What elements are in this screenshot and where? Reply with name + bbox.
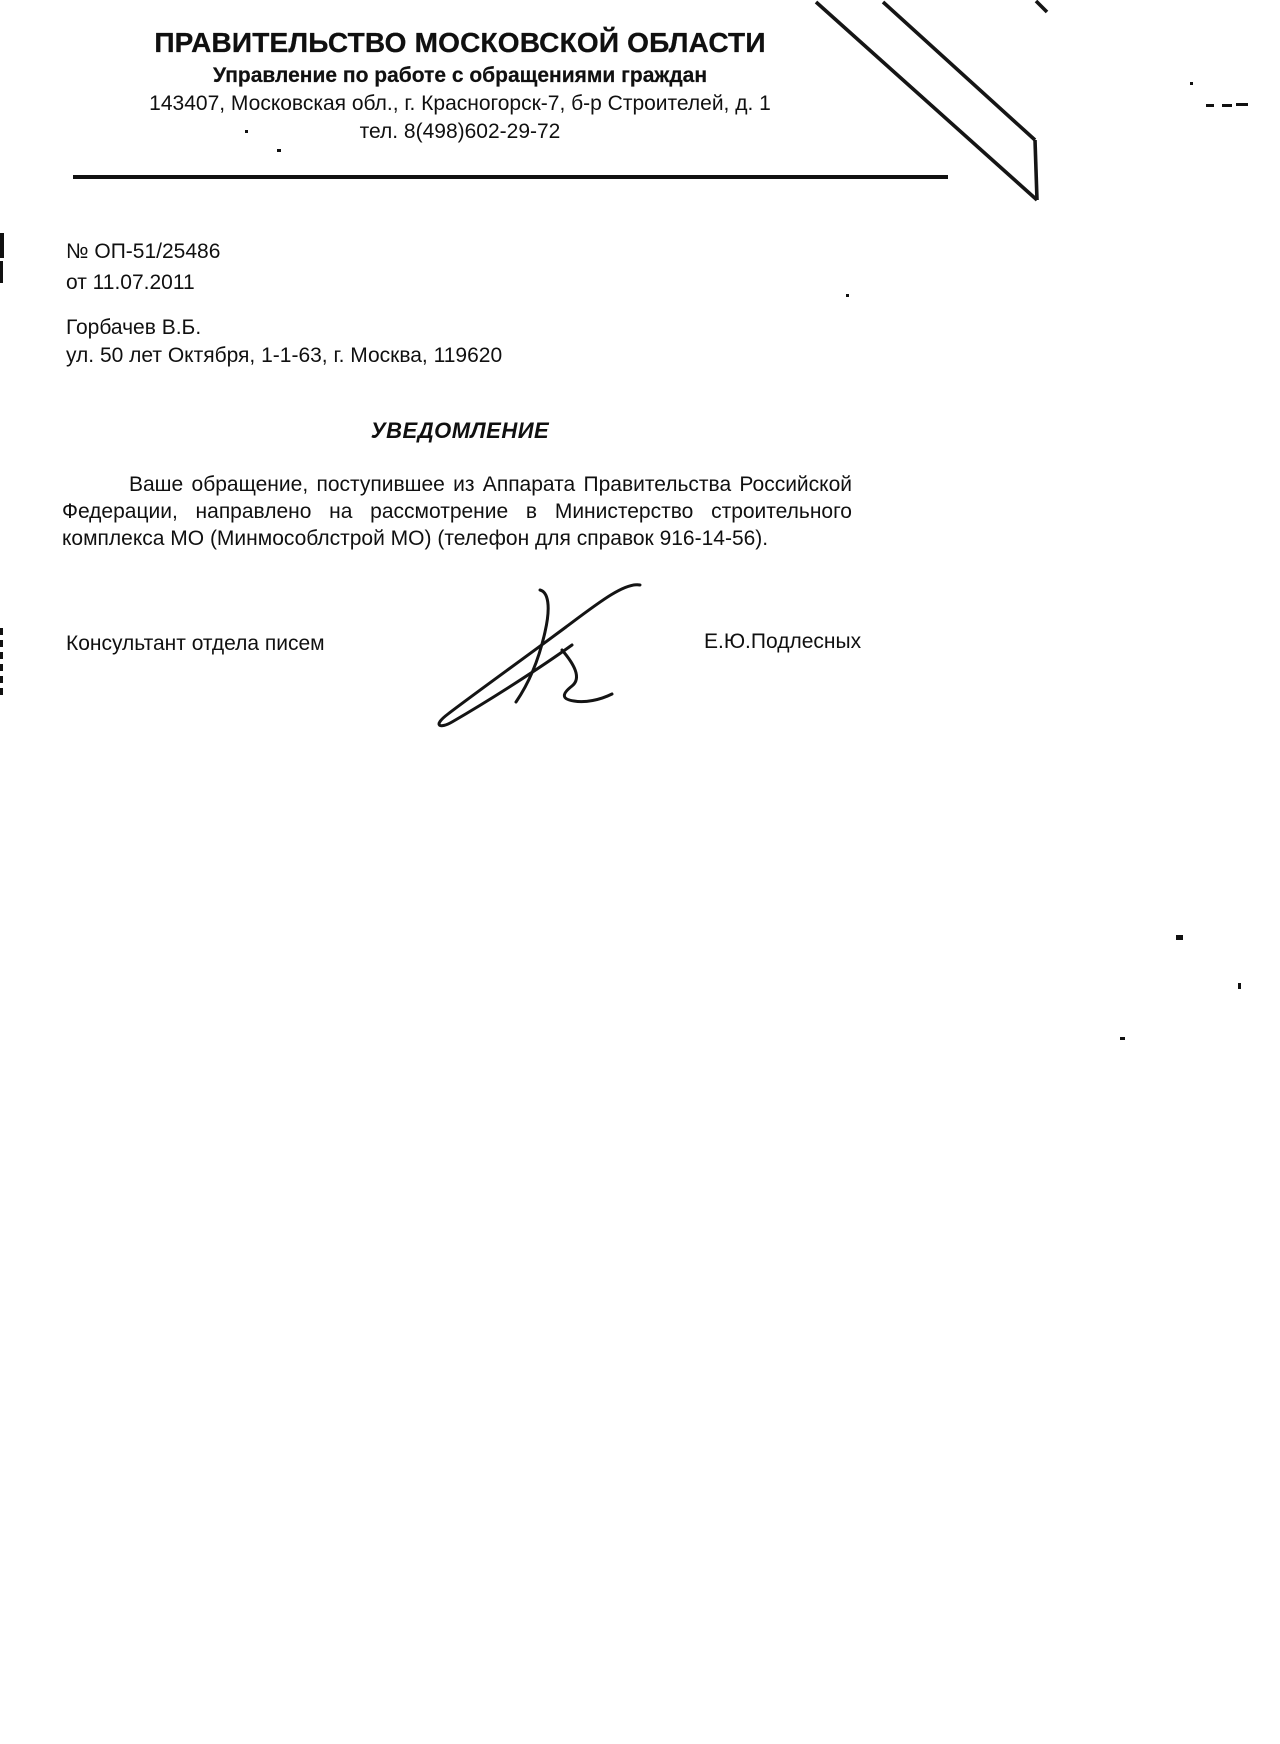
- scan-artifact-left-bar-2: [0, 261, 3, 283]
- addressee-address: ул. 50 лет Октября, 1-1-63, г. Москва, 1…: [66, 342, 502, 370]
- addressee-block: Горбачев В.Б. ул. 50 лет Октября, 1-1-63…: [66, 314, 502, 370]
- scan-artifact-speck-1: [1176, 935, 1183, 940]
- scan-artifact-left-bar-1: [0, 233, 4, 258]
- scan-artifact-dot-1: [1190, 82, 1193, 85]
- header-divider: [73, 175, 948, 179]
- letterhead: ПРАВИТЕЛЬСТВО МОСКОВСКОЙ ОБЛАСТИ Управле…: [55, 26, 865, 146]
- org-address: 143407, Московская обл., г. Красногорск-…: [55, 90, 865, 118]
- signer-name: Е.Ю.Подлесных: [704, 630, 861, 654]
- scan-artifact-dot-3: [277, 149, 281, 152]
- ref-number: № ОП-51/25486: [66, 236, 220, 267]
- org-name: ПРАВИТЕЛЬСТВО МОСКОВСКОЙ ОБЛАСТИ: [55, 26, 865, 60]
- scan-artifact-dash-3: [1236, 103, 1248, 106]
- notice-body: Ваше обращение, поступившее из Аппарата …: [62, 471, 852, 552]
- notice-title: УВЕДОМЛЕНИЕ: [55, 418, 865, 444]
- reference-block: № ОП-51/25486 от 11.07.2011: [66, 236, 220, 298]
- scan-artifact-dot-4: [846, 294, 849, 297]
- org-phone: тел. 8(498)602-29-72: [55, 118, 865, 146]
- addressee-name: Горбачев В.Б.: [66, 314, 502, 342]
- ref-date: от 11.07.2011: [66, 267, 220, 298]
- letter-page: ПРАВИТЕЛЬСТВО МОСКОВСКОЙ ОБЛАСТИ Управле…: [0, 0, 1280, 1744]
- scan-artifact-dot-2: [245, 130, 248, 133]
- signer-position: Консультант отдела писем: [66, 632, 325, 656]
- scan-artifact-speck-2: [1238, 983, 1241, 989]
- department-name: Управление по работе с обращениями гражд…: [55, 62, 865, 90]
- scan-artifact-left-dashes: [0, 628, 3, 698]
- scan-artifact-dash-2: [1222, 104, 1232, 107]
- scan-artifact-dash-1: [1206, 104, 1214, 107]
- scan-artifact-speck-3: [1120, 1037, 1125, 1040]
